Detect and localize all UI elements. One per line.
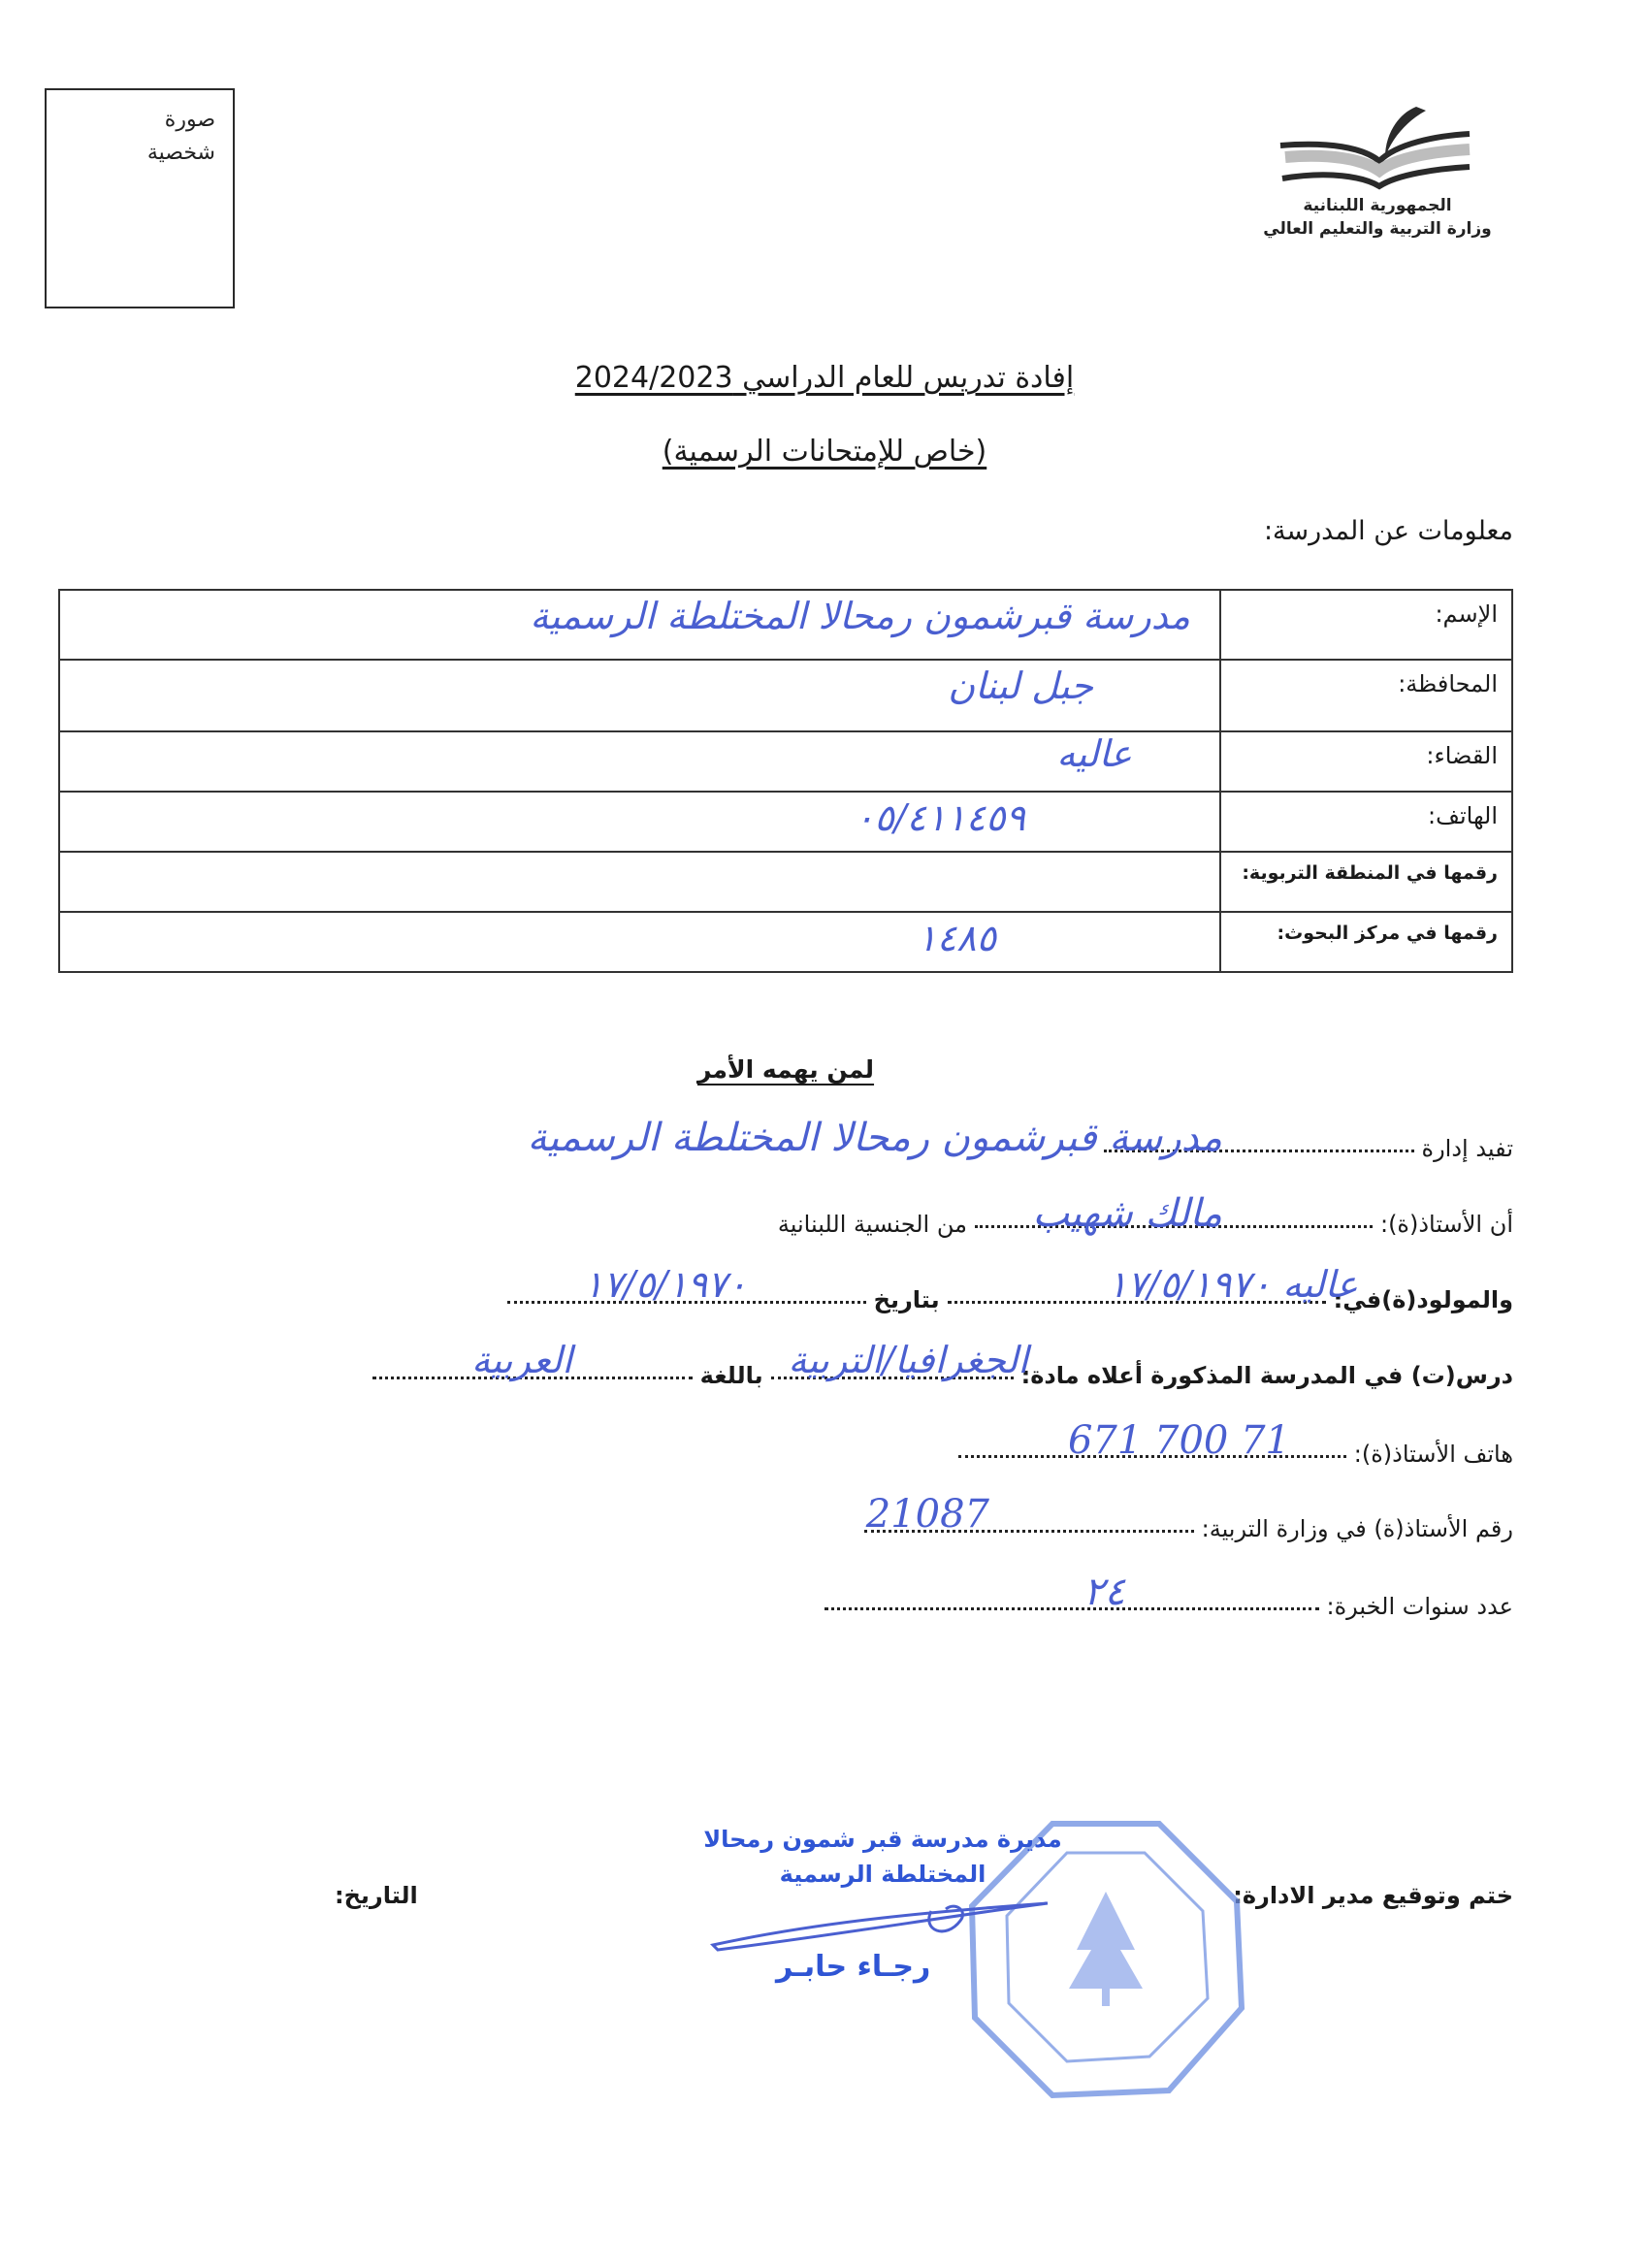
value-cell: مدرسة قبرشمون رمحالا المختلطة الرسمية: [59, 590, 1220, 660]
birth-place-label: والمولود(ة)في:: [1334, 1286, 1513, 1313]
administration-value: مدرسة قبرشمون رمحالا المختلطة الرسمية: [528, 1116, 1222, 1160]
photo-label-line2: شخصية: [147, 137, 215, 170]
document-subtitle: (خاص للإمتحانات الرسمية): [0, 435, 1649, 469]
label-educational-zone-number: رقمها في المنطقة التربوية:: [1220, 852, 1512, 912]
teacher-label: أن الأستاذ(ة):: [1380, 1211, 1513, 1238]
table-row: المحافظة: جبل لبنان: [59, 660, 1512, 731]
school-info-table: الإسم: مدرسة قبرشمون رمحالا المختلطة الر…: [58, 589, 1513, 973]
administration-label: تفيد إدارة: [1422, 1135, 1513, 1162]
birth-date-label: بتاريخ: [874, 1286, 940, 1313]
logo-republic-text: الجمهورية اللبنانية: [1242, 194, 1513, 217]
teacher-phone-value: 71 700 671: [1068, 1418, 1290, 1463]
table-row: الهاتف: ٠٥/٤١١٤٥٩: [59, 792, 1512, 852]
document-title: إفادة تدريس للعام الدراسي 2024/2023: [0, 361, 1649, 395]
stamp-line2: المختلطة الرسمية: [689, 1857, 1077, 1892]
district-value: عاليه: [1056, 732, 1132, 775]
signature-label: ختم وتوقيع مدير الادارة:: [1233, 1882, 1513, 1909]
stamp-line1: مديرة مدرسة قبر شمون رمحالا: [689, 1822, 1077, 1857]
table-row: رقمها في المنطقة التربوية:: [59, 852, 1512, 912]
governorate-value: جبل لبنان: [948, 664, 1093, 707]
value-cell: ١٤٨٥: [59, 912, 1220, 972]
experience-label: عدد سنوات الخبرة:: [1327, 1593, 1514, 1620]
ministry-logo: الجمهورية اللبنانية وزارة التربية والتعل…: [1242, 97, 1513, 252]
subject-label: درس(ت) في المدرسة المذكورة أعلاه مادة:: [1021, 1362, 1513, 1389]
table-row: القضاء: عاليه: [59, 731, 1512, 792]
value-cell: ٠٥/٤١١٤٥٩: [59, 792, 1220, 852]
nationality-text: من الجنسية اللبنانية: [778, 1211, 967, 1238]
birth-place-value: عاليه ١٧/٥/١٩٧٠: [1108, 1263, 1358, 1306]
teacher-phone-label: هاتف الأستاذ(ة):: [1354, 1441, 1513, 1468]
language-value: العربية: [471, 1339, 572, 1381]
label-district: القضاء:: [1220, 731, 1512, 792]
label-name: الإسم:: [1220, 590, 1512, 660]
label-governorate: المحافظة:: [1220, 660, 1512, 731]
photo-label-line1: صورة: [147, 104, 215, 137]
to-whom-heading: لمن يهمه الأمر: [0, 1055, 1649, 1084]
experience-value: ٢٤: [1083, 1570, 1125, 1614]
value-cell: عاليه: [59, 731, 1220, 792]
subject-value: الجغرافيا/التربية: [788, 1339, 1028, 1381]
open-book-icon: [1271, 97, 1484, 194]
school-info-heading: معلومات عن المدرسة:: [1264, 516, 1513, 546]
principal-name: رجـاء حابـر: [776, 1950, 930, 1984]
logo-ministry-text: وزارة التربية والتعليم العالي: [1242, 217, 1513, 241]
value-cell: [59, 852, 1220, 912]
photo-placeholder-box: صورة شخصية: [45, 88, 235, 308]
experience-line: عدد سنوات الخبرة:: [824, 1593, 1514, 1620]
label-phone: الهاتف:: [1220, 792, 1512, 852]
research-center-number-value: ١٤٨٥: [917, 917, 996, 959]
table-row: رقمها في مركز البحوث: ١٤٨٥: [59, 912, 1512, 972]
school-name-value: مدرسة قبرشمون رمحالا المختلطة الرسمية: [530, 595, 1190, 637]
ministry-number-value: 21087: [866, 1492, 989, 1537]
school-phone-value: ٠٥/٤١١٤٥٩: [855, 796, 1025, 839]
birth-date-value: ١٧/٥/١٩٧٠: [584, 1263, 747, 1306]
language-label: باللغة: [700, 1362, 763, 1389]
teacher-name-value: مالك شهيب: [1032, 1191, 1222, 1236]
date-label: التاريخ:: [335, 1882, 418, 1909]
label-research-center-number: رقمها في مركز البحوث:: [1220, 912, 1512, 972]
stamp-text: مديرة مدرسة قبر شمون رمحالا المختلطة الر…: [689, 1822, 1077, 1892]
value-cell: جبل لبنان: [59, 660, 1220, 731]
dotted-line: [824, 1606, 1319, 1610]
ministry-number-label: رقم الأستاذ(ة) في وزارة التربية:: [1202, 1515, 1513, 1542]
table-row: الإسم: مدرسة قبرشمون رمحالا المختلطة الر…: [59, 590, 1512, 660]
